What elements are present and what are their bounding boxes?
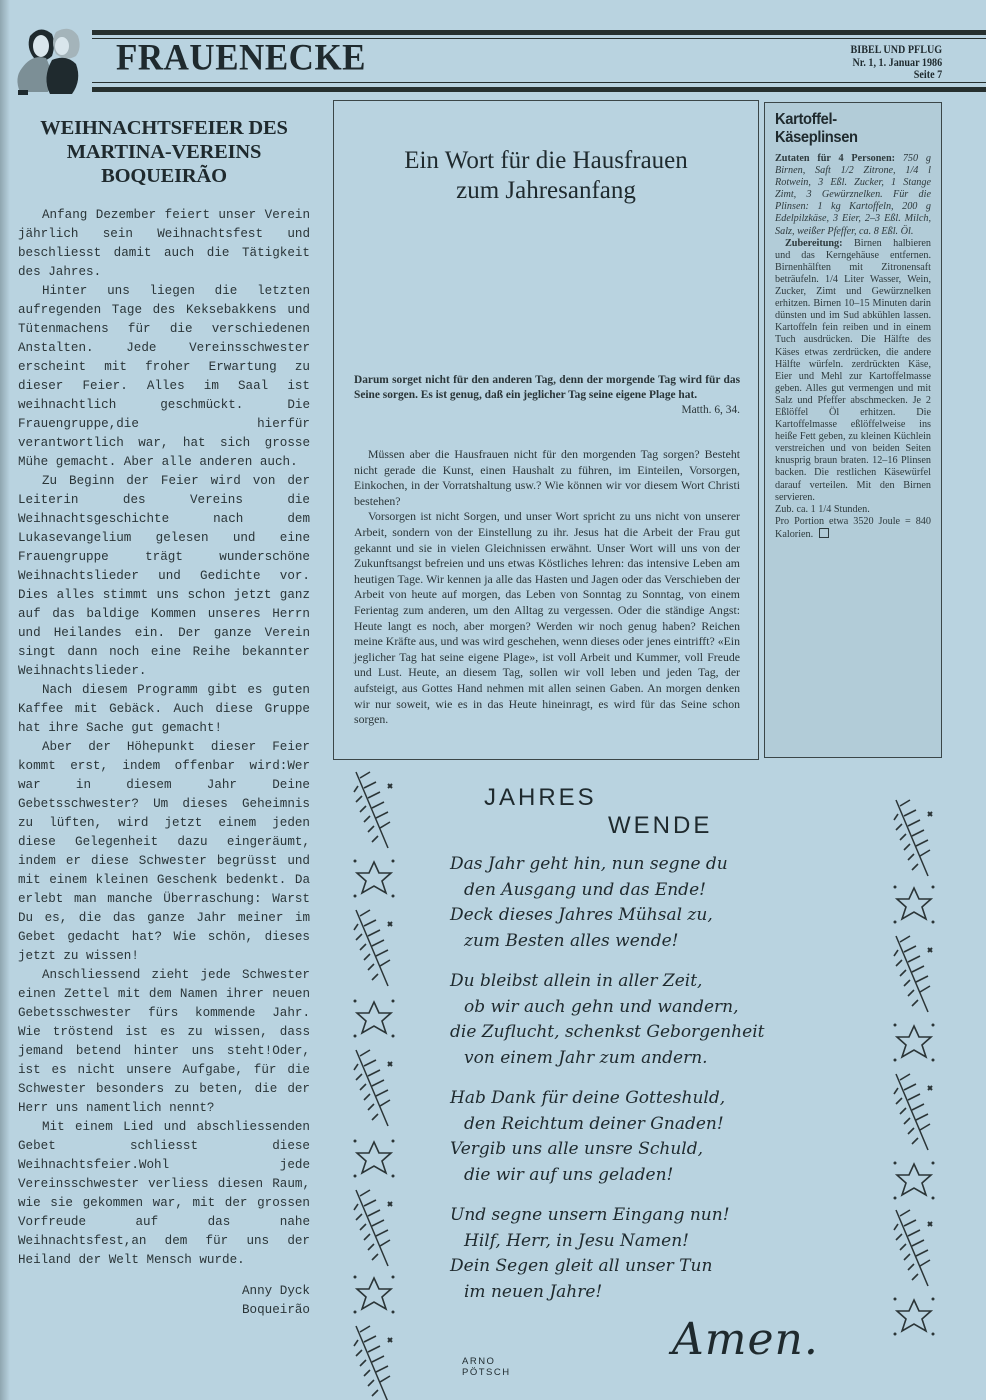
paragraph: Aber der Höhepunkt dieser Feier kommt er… bbox=[18, 738, 310, 966]
poem-stanza: Und segne unsern Eingang nun! Hilf, Herr… bbox=[450, 1203, 870, 1305]
poem-line: Hab Dank für deine Gotteshuld, bbox=[450, 1086, 870, 1112]
fir-branch-star-border-right-icon bbox=[886, 766, 938, 1400]
recipe-ingredients: Zutaten für 4 Personen: 750 g Birnen, Sa… bbox=[775, 153, 931, 238]
poem-stanza: Das Jahr geht hin, nun segne du den Ausg… bbox=[450, 852, 870, 954]
issue-info: BIBEL UND PFLUG Nr. 1, 1. Januar 1986 Se… bbox=[850, 44, 942, 82]
poem-stanza: Du bleibst allein in aller Zeit, ob wir … bbox=[450, 969, 870, 1071]
recipe-title-line: Kartoffel- bbox=[775, 111, 919, 129]
poem-line: Hilf, Herr, in Jesu Namen! bbox=[450, 1229, 870, 1255]
credit-line: PÖTSCH bbox=[462, 1367, 511, 1378]
masthead-rule-bottom bbox=[52, 87, 986, 92]
quote-reference: Matth. 6, 34. bbox=[681, 403, 740, 418]
poem-line: Das Jahr geht hin, nun segne du bbox=[450, 852, 870, 878]
poem-line: den Reichtum deiner Gnaden! bbox=[450, 1112, 870, 1138]
quote-text: Darum sorget nicht für den anderen Tag, … bbox=[354, 374, 740, 401]
poem-stanza: Hab Dank für deine Gotteshuld, den Reich… bbox=[450, 1086, 870, 1188]
recipe-body: Zutaten für 4 Personen: 750 g Birnen, Sa… bbox=[775, 153, 931, 541]
poem-jahreswende: JAHRES WENDE Das Jahr geht hin, nun segn… bbox=[340, 766, 950, 1400]
headline-line: MARTINA-VEREINS bbox=[18, 140, 310, 164]
end-square-icon bbox=[819, 528, 829, 538]
article-weihnachtsfeier: WEIHNACHTSFEIER DES MARTINA-VEREINS BOQU… bbox=[18, 116, 310, 1320]
article-headline: Ein Wort für die Hausfrauen zum Jahresan… bbox=[334, 146, 758, 206]
ingredients-label: Zutaten für 4 Personen: bbox=[775, 153, 895, 164]
poem-text: Das Jahr geht hin, nun segne du den Ausg… bbox=[450, 852, 870, 1320]
two-women-illustration-icon bbox=[12, 24, 58, 96]
recipe-title-line: Käseplinsen bbox=[775, 129, 919, 147]
paragraph: Anfang Dezember feiert unser Verein jähr… bbox=[18, 206, 310, 282]
masthead-rule-top bbox=[52, 30, 986, 35]
poem-title-line: JAHRES bbox=[484, 784, 597, 812]
poem-line: Du bleibst allein in aller Zeit, bbox=[450, 969, 870, 995]
poem-line: im neuen Jahre! bbox=[450, 1280, 870, 1306]
recipe-preparation: Zubereitung: Birnen halbieren und das Ke… bbox=[775, 238, 931, 504]
paragraph: Zu Beginn der Feier wird von der Leiteri… bbox=[18, 472, 310, 681]
article-body: Anfang Dezember feiert unser Verein jähr… bbox=[18, 206, 310, 1270]
paragraph: Mit einem Lied und abschliessenden Gebet… bbox=[18, 1118, 310, 1270]
masthead: FRAUENECKE BIBEL UND PFLUG Nr. 1, 1. Jan… bbox=[0, 0, 986, 100]
paragraph: Vorsorgen ist nicht Sorgen, und unser Wo… bbox=[354, 509, 740, 727]
headline-line: WEIHNACHTSFEIER DES bbox=[18, 116, 310, 140]
poem-line: die Zuflucht, schenkst Geborgenheit bbox=[450, 1020, 870, 1046]
issue-number-date: Nr. 1, 1. Januar 1986 bbox=[850, 57, 942, 70]
headline-line: Ein Wort für die Hausfrauen bbox=[334, 146, 758, 176]
paragraph: Nach diesem Programm gibt es guten Kaffe… bbox=[18, 681, 310, 738]
page-binding-edge bbox=[0, 0, 10, 1400]
poem-line: ob wir auch gehn und wandern, bbox=[450, 995, 870, 1021]
ingredients-text: 750 g Birnen, Saft 1/2 Zitrone, 1/4 l Ro… bbox=[775, 153, 931, 237]
author-location: Boqueirão bbox=[18, 1301, 310, 1320]
fir-branch-star-border-left-icon bbox=[346, 766, 398, 1400]
poem-line: zum Besten alles wende! bbox=[450, 929, 870, 955]
preparation-text: Birnen halbieren und das Kerngehäuse ent… bbox=[775, 238, 931, 503]
headline-line: zum Jahresanfang bbox=[334, 176, 758, 206]
recipe-nutrition: Pro Portion etwa 3520 Joule = 840 Kalori… bbox=[775, 516, 931, 541]
article-hausfrauen: Ein Wort für die Hausfrauen zum Jahresan… bbox=[333, 100, 759, 760]
poem-author-credit: ARNO PÖTSCH bbox=[462, 1356, 511, 1378]
poem-line: von einem Jahr zum andern. bbox=[450, 1046, 870, 1072]
publication-name: BIBEL UND PFLUG bbox=[850, 44, 942, 57]
poem-line: den Ausgang und das Ende! bbox=[450, 878, 870, 904]
author-signature: Anny Dyck Boqueirão bbox=[18, 1282, 310, 1320]
poem-title-line: WENDE bbox=[608, 812, 712, 840]
recipe-time: Zub. ca. 1 1/4 Stunden. bbox=[775, 504, 931, 516]
poem-line: Deck dieses Jahres Mühsal zu, bbox=[450, 903, 870, 929]
paragraph: Anschliessend zieht jede Schwester einen… bbox=[18, 966, 310, 1118]
poem-line: Vergib uns alle unsre Schuld, bbox=[450, 1137, 870, 1163]
section-title: FRAUENECKE bbox=[116, 37, 366, 79]
bible-quote: Darum sorget nicht für den anderen Tag, … bbox=[354, 373, 740, 418]
article-body: Müssen aber die Hausfrauen nicht für den… bbox=[354, 447, 740, 728]
paragraph: Müssen aber die Hausfrauen nicht für den… bbox=[354, 447, 740, 509]
page-number: Seite 7 bbox=[850, 69, 942, 82]
poem-closing: Amen. bbox=[672, 1314, 819, 1365]
recipe-title: Kartoffel- Käseplinsen bbox=[775, 111, 919, 147]
credit-line: ARNO bbox=[462, 1356, 511, 1367]
article-headline: WEIHNACHTSFEIER DES MARTINA-VEREINS BOQU… bbox=[18, 116, 310, 188]
masthead-rule-bottom-thin bbox=[52, 82, 986, 83]
poem-line: Dein Segen gleit all unser Tun bbox=[450, 1254, 870, 1280]
poem-line: Und segne unsern Eingang nun! bbox=[450, 1203, 870, 1229]
recipe-box: Kartoffel- Käseplinsen Zutaten für 4 Per… bbox=[764, 102, 942, 758]
nutrition-text: Pro Portion etwa 3520 Joule = 840 Kalori… bbox=[775, 516, 931, 540]
preparation-label: Zubereitung: bbox=[785, 238, 843, 249]
paragraph: Hinter uns liegen die letzten aufregende… bbox=[18, 282, 310, 472]
headline-line: BOQUEIRÃO bbox=[18, 164, 310, 188]
poem-line: die wir auf uns geladen! bbox=[450, 1163, 870, 1189]
author-name: Anny Dyck bbox=[18, 1282, 310, 1301]
